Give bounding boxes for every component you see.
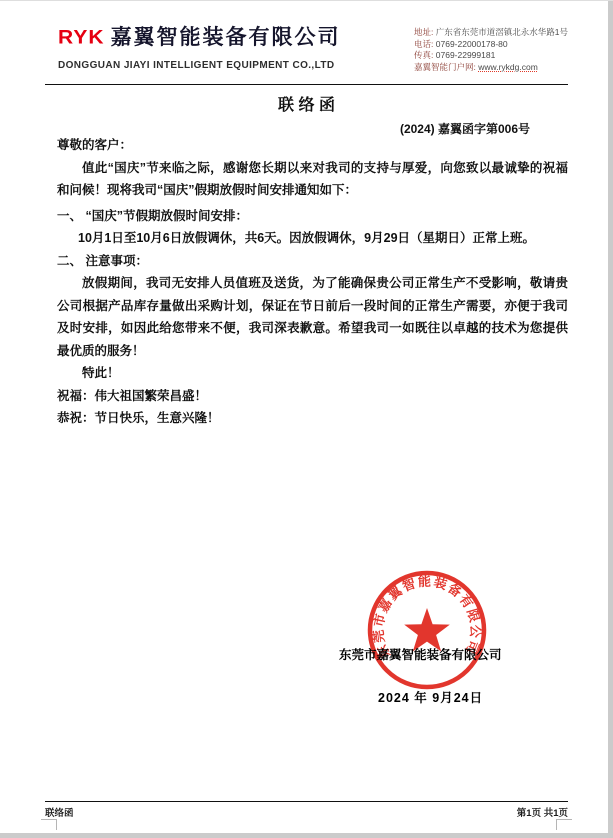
footer-page-info: 第1页 共1页: [517, 805, 568, 819]
intro-paragraph: 值此“国庆”节来临之际，感谢您长期以来对我司的支持与厚爱，向您致以最诚挚的祝福和…: [57, 157, 568, 202]
portal-label: 嘉翼智能门户网:: [414, 62, 476, 72]
brand-block: RYK 嘉翼智能装备有限公司 DONGGUAN JIAYI INTELLIGEN…: [45, 21, 341, 73]
company-name-cn: 嘉翼智能装备有限公司: [111, 21, 341, 51]
fax-value: 0769-22999181: [436, 50, 496, 60]
margin-crop-mark-left: [41, 819, 57, 830]
salutation: 尊敬的客户：: [57, 134, 568, 157]
fax-label: 传真:: [414, 50, 433, 60]
contact-phone: 电话: 0769-22000178-80: [414, 39, 568, 51]
contact-fax: 传真: 0769-22999181: [414, 50, 568, 62]
page-edge-bottom: [0, 833, 613, 838]
company-name-en: DONGGUAN JIAYI INTELLIGENT EQUIPMENT CO.…: [58, 60, 341, 71]
contact-portal: 嘉翼智能门户网: www.rykdg.com: [414, 62, 568, 74]
phone-value: 0769-22000178-80: [436, 39, 508, 49]
section1-body: 10月1日至10月6日放假调休，共6天。因放假调休，9月29日（星期日）正常上班…: [78, 227, 568, 250]
ryk-logo: RYK: [58, 27, 105, 49]
letterhead: RYK 嘉翼智能装备有限公司 DONGGUAN JIAYI INTELLIGEN…: [45, 21, 568, 73]
letterhead-divider: [45, 84, 568, 85]
section1-heading: 一、 “国庆”节假期放假时间安排：: [57, 205, 568, 228]
footer-doc-name: 联络函: [45, 805, 74, 819]
company-seal-stamp: 东莞市嘉翼智能装备有限公司: [365, 568, 489, 692]
footer-divider: [45, 801, 568, 802]
address-value: 广东省东莞市道滘镇北永水华路1号: [436, 27, 568, 37]
blessing-line-1: 祝福：伟大祖国繁荣昌盛！: [57, 385, 568, 408]
document-page: RYK 嘉翼智能装备有限公司 DONGGUAN JIAYI INTELLIGEN…: [0, 0, 613, 838]
section2-body: 放假期间，我司无安排人员值班及送货，为了能确保贵公司正常生产不受影响，敬请贵公司…: [57, 272, 568, 362]
section2-heading: 二、 注意事项：: [57, 250, 568, 273]
margin-crop-mark-right: [556, 819, 572, 830]
page-footer: 联络函 第1页 共1页: [45, 805, 568, 819]
contact-info: 地址: 广东省东莞市道滘镇北永水华路1号 电话: 0769-22000178-8…: [414, 27, 568, 73]
address-label: 地址:: [414, 27, 433, 37]
signature-date: 2024 年 9月24日: [378, 688, 483, 706]
letter-body: 尊敬的客户： 值此“国庆”节来临之际，感谢您长期以来对我司的支持与厚爱，向您致以…: [57, 134, 568, 430]
letter-title: 联 络 函: [0, 92, 613, 115]
phone-label: 电话:: [414, 39, 433, 49]
page-edge-right: [608, 1, 613, 838]
signature-company: 东莞市嘉翼智能装备有限公司: [339, 645, 502, 663]
contact-address: 地址: 广东省东莞市道滘镇北永水华路1号: [414, 27, 568, 39]
portal-link[interactable]: www.rykdg.com: [478, 62, 538, 72]
closing-line: 特此！: [57, 362, 568, 385]
blessing-line-2: 恭祝：节日快乐，生意兴隆！: [57, 407, 568, 430]
